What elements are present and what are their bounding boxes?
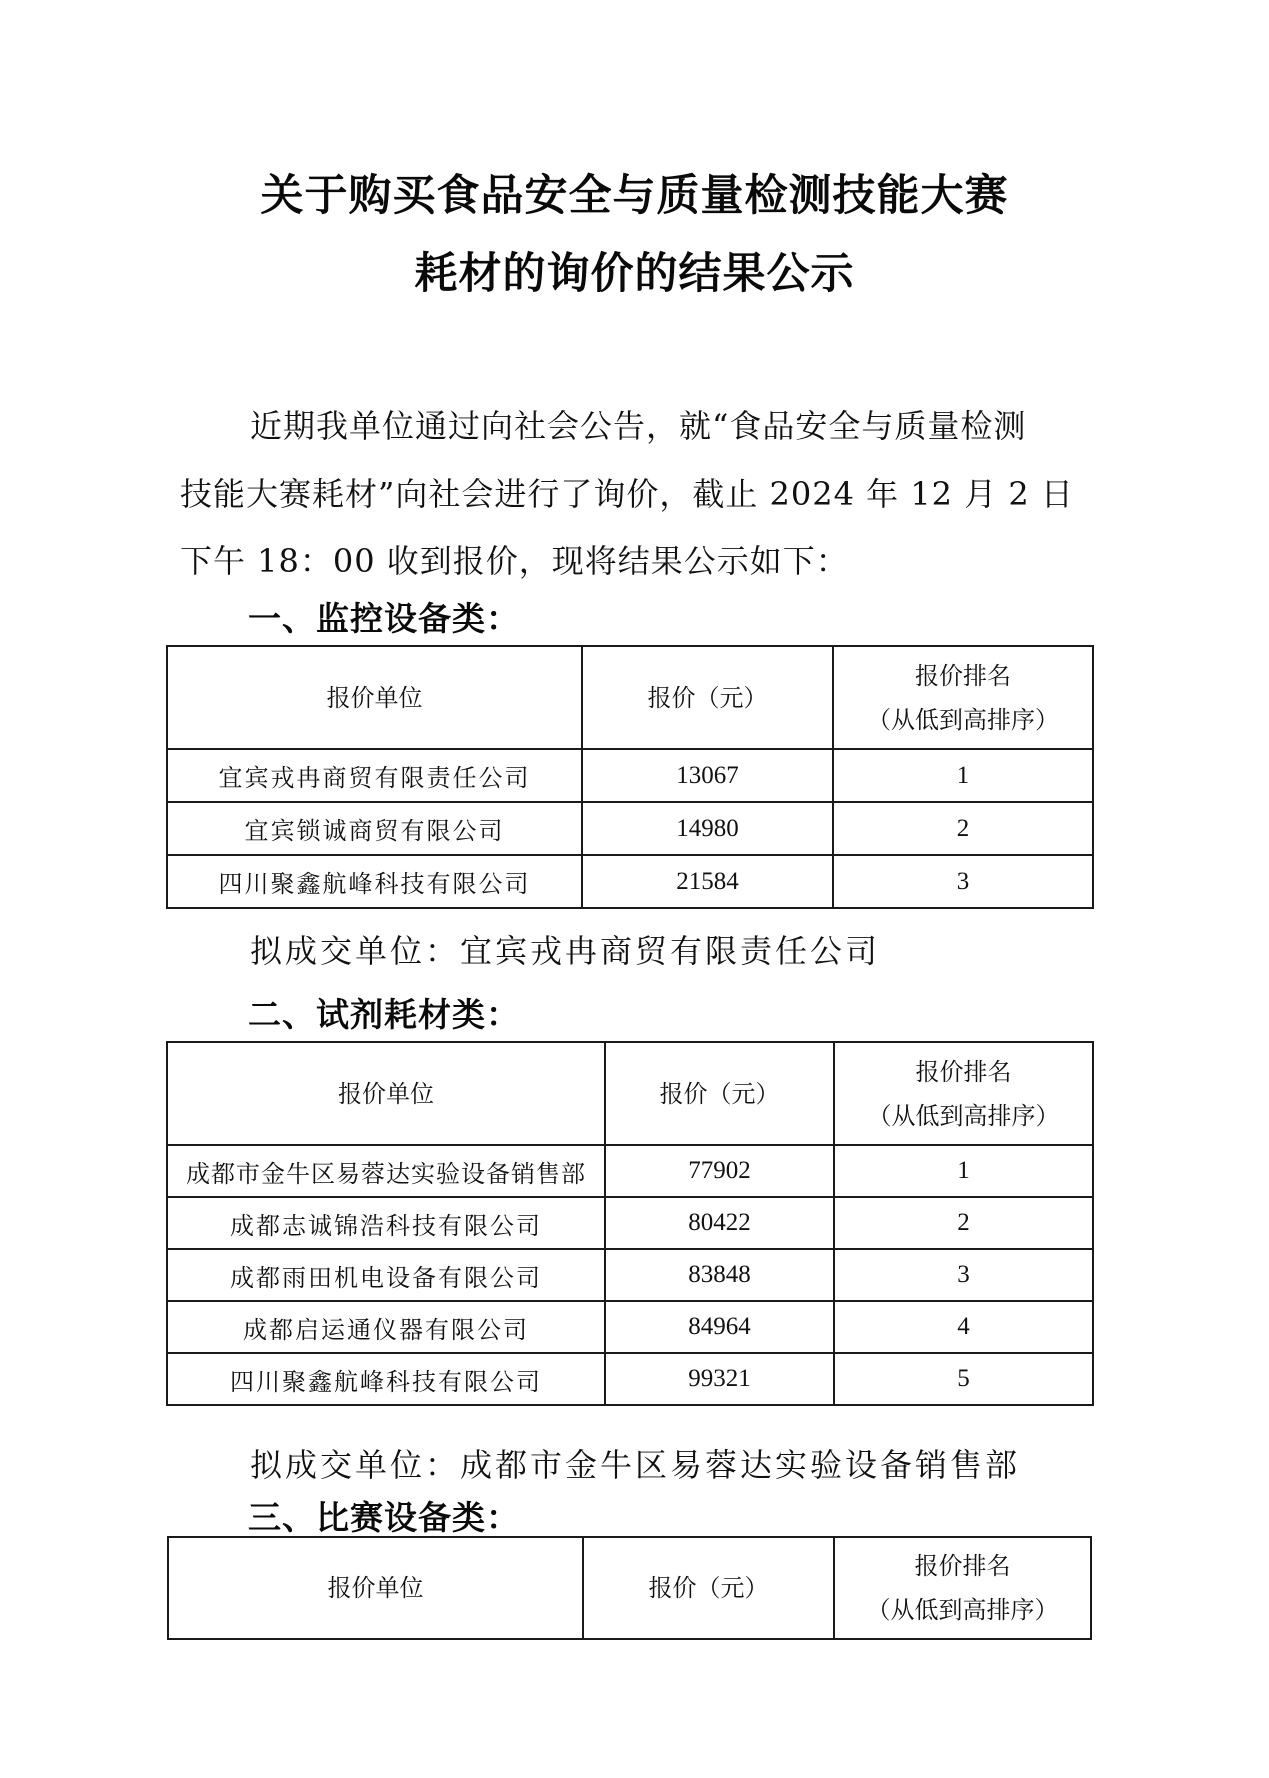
- column-header-rank-note: （从低到高排序）: [834, 698, 1092, 742]
- cell-rank: 5: [834, 1353, 1093, 1405]
- column-header-rank: 报价排名 （从低到高排序）: [834, 1537, 1091, 1639]
- table-row: 宜宾戎冉商贸有限责任公司 13067 1: [167, 749, 1093, 802]
- intro-paragraph-line-2: 技能大赛耗材”向社会进行了询价，截止 2024 年 12 月 2 日: [180, 474, 1074, 514]
- cell-unit: 四川聚鑫航峰科技有限公司: [167, 855, 582, 908]
- table-header-row: 报价单位 报价（元） 报价排名 （从低到高排序）: [167, 1042, 1093, 1145]
- cell-rank: 1: [834, 1145, 1093, 1197]
- table-row: 成都启运通仪器有限公司 84964 4: [167, 1301, 1093, 1353]
- cell-unit: 成都雨田机电设备有限公司: [167, 1249, 605, 1301]
- column-header-price: 报价（元）: [605, 1042, 834, 1145]
- table-row: 成都志诚锦浩科技有限公司 80422 2: [167, 1197, 1093, 1249]
- column-header-price: 报价（元）: [582, 646, 833, 749]
- document-title-line-2: 耗材的询价的结果公示: [0, 244, 1269, 304]
- cell-unit: 宜宾戎冉商贸有限责任公司: [167, 749, 582, 802]
- section-heading-monitoring-equipment: 一、监控设备类：: [248, 597, 520, 641]
- document-page: 关于购买食品安全与质量检测技能大赛 耗材的询价的结果公示 近期我单位通过向社会公…: [0, 0, 1269, 1778]
- cell-price: 83848: [605, 1249, 834, 1301]
- cell-rank: 1: [833, 749, 1093, 802]
- section-heading-competition-equipment: 三、比赛设备类：: [248, 1496, 520, 1540]
- table-row: 四川聚鑫航峰科技有限公司 21584 3: [167, 855, 1093, 908]
- cell-price: 14980: [582, 802, 833, 855]
- cell-unit: 成都志诚锦浩科技有限公司: [167, 1197, 605, 1249]
- quote-table-monitoring-equipment: 报价单位 报价（元） 报价排名 （从低到高排序） 宜宾戎冉商贸有限责任公司 13…: [166, 645, 1094, 909]
- column-header-rank-title: 报价排名: [835, 1050, 1092, 1094]
- proposed-award-monitoring-equipment: 拟成交单位：宜宾戎冉商贸有限责任公司: [250, 930, 880, 972]
- table-header-row: 报价单位 报价（元） 报价排名 （从低到高排序）: [167, 646, 1093, 749]
- table-row: 成都市金牛区易蓉达实验设备销售部 77902 1: [167, 1145, 1093, 1197]
- cell-price: 77902: [605, 1145, 834, 1197]
- cell-price: 80422: [605, 1197, 834, 1249]
- proposed-award-reagent-consumables: 拟成交单位：成都市金牛区易蓉达实验设备销售部: [250, 1444, 1020, 1486]
- cell-price: 84964: [605, 1301, 834, 1353]
- section-heading-reagent-consumables: 二、试剂耗材类：: [248, 993, 520, 1037]
- cell-price: 99321: [605, 1353, 834, 1405]
- column-header-rank-note: （从低到高排序）: [835, 1588, 1090, 1632]
- table-header-row: 报价单位 报价（元） 报价排名 （从低到高排序）: [168, 1537, 1091, 1639]
- quote-table-competition-equipment: 报价单位 报价（元） 报价排名 （从低到高排序）: [167, 1536, 1092, 1640]
- column-header-rank-title: 报价排名: [835, 1544, 1090, 1588]
- column-header-rank: 报价排名 （从低到高排序）: [833, 646, 1093, 749]
- column-header-rank: 报价排名 （从低到高排序）: [834, 1042, 1093, 1145]
- column-header-price: 报价（元）: [583, 1537, 834, 1639]
- cell-rank: 2: [833, 802, 1093, 855]
- cell-price: 13067: [582, 749, 833, 802]
- cell-unit: 四川聚鑫航峰科技有限公司: [167, 1353, 605, 1405]
- cell-rank: 2: [834, 1197, 1093, 1249]
- cell-rank: 3: [833, 855, 1093, 908]
- table-row: 宜宾锁诚商贸有限公司 14980 2: [167, 802, 1093, 855]
- column-header-unit: 报价单位: [167, 646, 582, 749]
- intro-paragraph-line-1: 近期我单位通过向社会公告，就“食品安全与质量检测: [250, 406, 1026, 446]
- cell-unit: 成都启运通仪器有限公司: [167, 1301, 605, 1353]
- cell-price: 21584: [582, 855, 833, 908]
- cell-rank: 3: [834, 1249, 1093, 1301]
- document-title-line-1: 关于购买食品安全与质量检测技能大赛: [0, 166, 1269, 226]
- table-row: 成都雨田机电设备有限公司 83848 3: [167, 1249, 1093, 1301]
- cell-rank: 4: [834, 1301, 1093, 1353]
- table-row: 四川聚鑫航峰科技有限公司 99321 5: [167, 1353, 1093, 1405]
- column-header-rank-title: 报价排名: [834, 654, 1092, 698]
- column-header-unit: 报价单位: [168, 1537, 583, 1639]
- quote-table-reagent-consumables: 报价单位 报价（元） 报价排名 （从低到高排序） 成都市金牛区易蓉达实验设备销售…: [166, 1041, 1094, 1406]
- column-header-unit: 报价单位: [167, 1042, 605, 1145]
- intro-paragraph-line-3: 下午 18：00 收到报价，现将结果公示如下：: [180, 541, 849, 581]
- cell-unit: 成都市金牛区易蓉达实验设备销售部: [167, 1145, 605, 1197]
- cell-unit: 宜宾锁诚商贸有限公司: [167, 802, 582, 855]
- column-header-rank-note: （从低到高排序）: [835, 1094, 1092, 1138]
